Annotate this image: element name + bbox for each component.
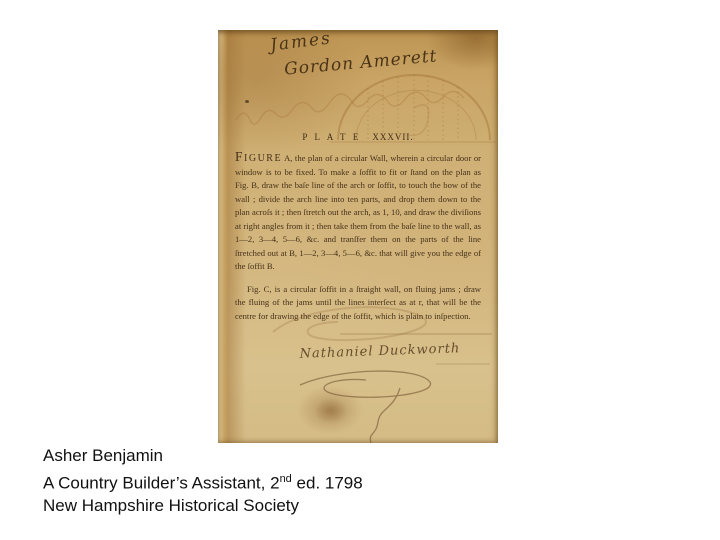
figure-a-paragraph: FIGURE A, the plan of a circular Wall, w… [235, 150, 481, 274]
caption-title-post: ed. 1798 [292, 473, 363, 492]
caption: Asher Benjamin A Country Builder’s Assis… [43, 445, 363, 517]
figure-a-paragraph-text: A, the plan of a circular Wall, wherein … [235, 153, 481, 271]
ghost-arch-outline [338, 75, 490, 140]
figure-c-paragraph: Fig. C, is a circular ſoffit in a ſtraig… [235, 283, 481, 324]
ghost-arch-dotted-divisions [368, 75, 458, 140]
caption-author: Asher Benjamin [43, 445, 363, 468]
ghost-handwriting-script [236, 91, 464, 124]
book-page-photo: James Gordon Amerett P L A T E XXXVII. F… [218, 30, 498, 443]
figure-word-initial: F [235, 149, 244, 164]
figure-word-rest: IGURE [244, 153, 282, 164]
caption-source: New Hampshire Historical Society [43, 495, 363, 518]
handwriting-signature: Nathaniel Duckworth [290, 341, 470, 362]
slide: James Gordon Amerett P L A T E XXXVII. F… [0, 0, 720, 540]
caption-title-line: A Country Builder’s Assistant, 2nd ed. 1… [43, 468, 363, 495]
ghost-handwriting-loop [404, 105, 429, 136]
caption-title-pre: A Country Builder’s Assistant, 2 [43, 473, 280, 492]
plate-heading: P L A T E XXXVII. [235, 132, 481, 142]
caption-title-ordinal-sup: nd [280, 473, 292, 485]
ink-spot [245, 100, 249, 103]
printed-text-block: P L A T E XXXVII. FIGURE A, the plan of … [235, 132, 481, 323]
paper-stain [314, 398, 348, 424]
handwriting-owner-first-name: James [269, 28, 333, 55]
